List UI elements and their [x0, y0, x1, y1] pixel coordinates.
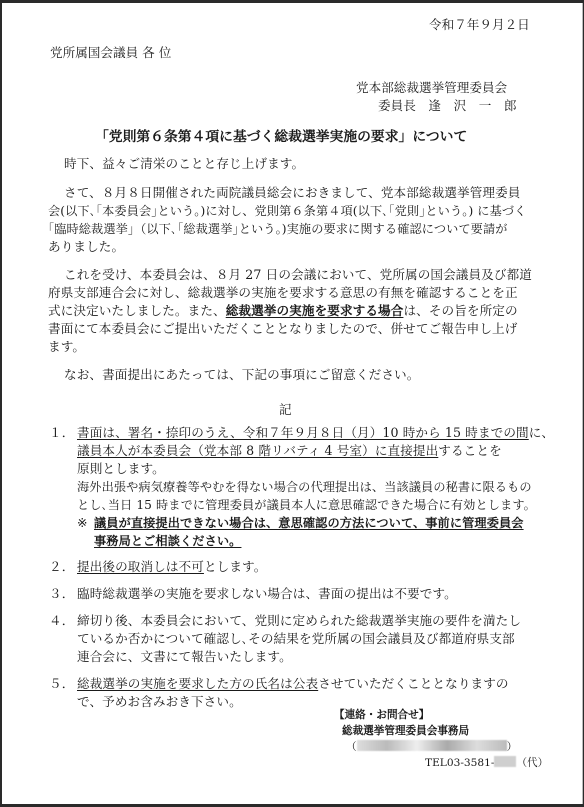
item-number: １． — [49, 424, 74, 442]
document-date: 令和７年９月２日 — [429, 16, 530, 34]
text: に、 — [529, 425, 554, 440]
item-line: 臨時総裁選挙の実施を要求しない場合は、書面の提出は不要です。 — [77, 585, 457, 603]
text: ） — [507, 741, 518, 753]
paragraph-line: ます。 — [48, 338, 85, 356]
text: は、その旨を所定の — [403, 303, 517, 318]
item-line: 連合会に、文書にて報告いたします。 — [77, 648, 292, 666]
item-line: 総裁選挙の実施を要求した方の氏名は公表させていただくこととなりますの — [77, 675, 509, 693]
phone-prefix: TEL03-3581- — [425, 757, 494, 769]
sender-name: 委員長 逢 沢 一 郎 — [378, 97, 517, 115]
paragraph-line: これを受け、本委員会は、８月 27 日の会議において、党所属の国会議員及び都道 — [64, 266, 532, 284]
greeting: 時下、益々ご清栄のことと存じ上げます。 — [64, 155, 304, 173]
redacted-phone — [494, 756, 516, 767]
paragraph-line: ありました。 — [48, 238, 124, 256]
text: とします。 — [204, 559, 266, 574]
item-line: 書面は、署名・捺印のうえ、令和７年９月８日（月）10 時から 15 時までの間に… — [77, 424, 554, 442]
text: 式に決定いたしました。また、 — [48, 303, 226, 318]
note-line: 議員が直接提出できない場合は、意思確認の方法について、事前に管理委員会 — [94, 514, 524, 532]
paragraph-line: 会(以下､｢本委員会｣という｡)に対し、党則第６条第４項(以下､｢党則｣という｡… — [48, 202, 526, 220]
sender-organization: 党本部総裁選挙管理委員会 — [356, 79, 507, 97]
paragraph-line: さて、８月８日開催された両院議員総会におきまして、党本部総裁選挙管理委員 — [64, 184, 520, 202]
text: （ — [346, 741, 357, 753]
underlined-text: 議員本人が本委員会（党本部 8 階リバティ 4 号室）に直接提出 — [77, 443, 438, 458]
item-number: ３． — [49, 585, 74, 603]
item-line: ているか否かについて確認し､その結果を党所属の国会議員及び都道府県支部 — [77, 630, 515, 648]
ki-heading: 記 — [279, 401, 292, 419]
note-mark: ※ — [77, 514, 88, 532]
item-line: 原則とします。 — [77, 460, 165, 478]
paragraph-notice: なお、書面提出にあたっては、下記の事項にご留意ください。 — [64, 366, 419, 384]
item-line: とし､当日 15 時までに管理委員が議員本人に意思確認できた場合に有効とします。 — [77, 496, 536, 514]
addressee: 党所属国会議員 各 位 — [50, 44, 171, 62]
underlined-text: 総裁選挙の実施を要求した方の氏名は公表 — [77, 676, 318, 691]
contact-heading: 【連絡・お問合せ】 — [334, 707, 429, 723]
item-line: 提出後の取消しは不可とします。 — [77, 558, 266, 576]
underlined-text: 書面は、署名・捺印のうえ、令和７年９月８日（月）10 時から 15 時までの間 — [77, 425, 529, 440]
text: することを — [438, 443, 501, 458]
contact-office: 総裁選挙管理委員会事務局 — [342, 723, 469, 739]
paragraph-line: 府県支部連合会に対し、総裁選挙の実施を要求する意思の有無を確認することを正 — [48, 284, 518, 302]
contact-phone: TEL03-3581-（代） — [425, 755, 548, 771]
paragraph-line: 書面にて本委員会にご提出いただくこととなりましたので、併せてご報告申し上げ — [48, 320, 517, 338]
text: させていただくこととなりますの — [318, 676, 508, 691]
paragraph-line: 式に決定いたしました。また、総裁選挙の実施を要求する場合は、その旨を所定の — [48, 302, 518, 320]
phone-suffix: （代） — [516, 757, 548, 769]
paragraph-line: ｢臨時総裁選挙｣（以下､｢総裁選挙｣という｡)実施の要求に関する確認について要請… — [48, 220, 508, 238]
document-page: 令和７年９月２日 党所属国会議員 各 位 党本部総裁選挙管理委員会 委員長 逢 … — [2, 3, 583, 804]
item-number: ２． — [49, 558, 74, 576]
document-title: 「党則第６条第４項に基づく総裁選挙実施の要求」について — [95, 128, 467, 146]
contact-names: （） — [346, 739, 517, 755]
note-line: 事務局とご相談ください。 — [94, 532, 241, 550]
redacted-names — [357, 740, 507, 751]
item-line: 議員本人が本委員会（党本部 8 階リバティ 4 号室）に直接提出することを — [77, 442, 502, 460]
item-number: ５． — [49, 675, 74, 693]
underlined-text: 総裁選挙の実施を要求する場合 — [226, 303, 404, 318]
underlined-text: 提出後の取消しは不可 — [77, 559, 204, 574]
item-line: 締切り後、本委員会において、党則に定められた総裁選挙実施の要件を満たし — [77, 612, 521, 630]
item-number: ４． — [49, 612, 74, 630]
item-line: で、予めお含みおき下さい。 — [77, 693, 242, 711]
item-line: 海外出張や病気療養等やむを得ない場合の代理提出は、当該議員の秘書に限るもの — [77, 478, 532, 496]
